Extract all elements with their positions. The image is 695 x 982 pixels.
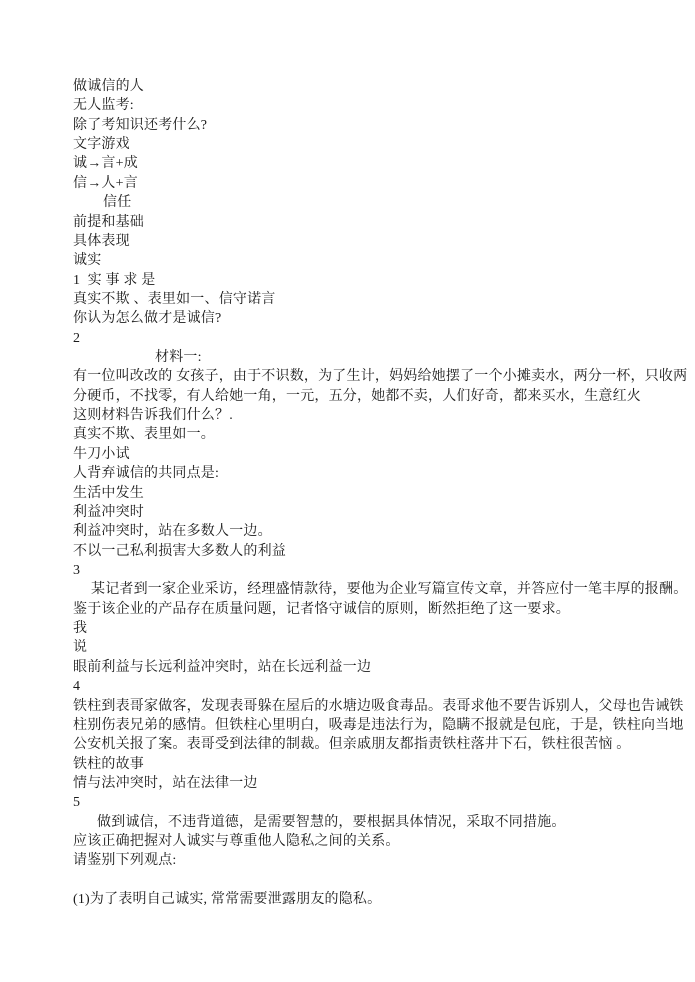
section-number: 2 (73, 329, 673, 348)
text-line: 情与法冲突时，站在法律一边 (73, 774, 673, 793)
text-line: 除了考知识还考什么? (73, 116, 673, 135)
text-line: 公安机关报了案。表哥受到法律的制裁。但亲戚朋友都指责铁柱落井下石，铁柱很苦恼 。 (73, 735, 673, 754)
text-line: 分硬币，不找零，有人给她一角，一元，五分，她都不卖，人们好奇，都来买水，生意红火 (73, 387, 673, 406)
document-page: 做诚信的人 无人监考: 除了考知识还考什么? 文字游戏 诚→言+成 信→人+言 … (0, 0, 695, 982)
text-line: 做到诚信，不违背道德，是需要智慧的，要根据具体情况，采取不同措施。 (73, 813, 673, 832)
text-line: 鉴于该企业的产品存在质量问题，记者恪守诚信的原则，断然拒绝了这一要求。 (73, 600, 673, 619)
text-line: 无人监考: (73, 96, 673, 115)
text-line: 说 (73, 638, 673, 657)
text-line: 柱别伤表兄弟的感情。但铁柱心里明白，吸毒是违法行为，隐瞒不报就是包庇，于是，铁柱… (73, 716, 673, 735)
text-line: 诚→言+成 (73, 154, 673, 173)
text-line: 这则材料告诉我们什么？. (73, 406, 673, 425)
text-line: (1)为了表明自己诚实, 常常需要泄露朋友的隐私。 (73, 890, 673, 909)
section-number: 4 (73, 677, 673, 696)
text-line: 信→人+言 (73, 174, 673, 193)
text-line: 前提和基础 (73, 213, 673, 232)
text-line: 利益冲突时 (73, 503, 673, 522)
text-line: 具体表现 (73, 232, 673, 251)
text-line: 真实不欺、表里如一。 (73, 425, 673, 444)
text-line: 我 (73, 619, 673, 638)
text-line: 诚实 (73, 251, 673, 270)
section-number: 3 (73, 561, 673, 580)
text-line: 材料一: (73, 348, 673, 367)
text-line: 应该正确把握对人诚实与尊重他人隐私之间的关系。 (73, 832, 673, 851)
text-line: 真实不欺 、表里如一、信守诺言 (73, 290, 673, 309)
text-line: 请鉴别下列观点: (73, 851, 673, 870)
page-title: 做诚信的人 (73, 77, 673, 96)
text-line: 某记者到一家企业采访，经理盛情款待，要他为企业写篇宣传文章，并答应付一笔丰厚的报… (73, 580, 673, 599)
blank-line (73, 871, 673, 890)
text-line: 人背弃诚信的共同点是: (73, 464, 673, 483)
text-line: 有一位叫改改的 女孩子，由于不识数，为了生计，妈妈给她摆了一个小摊卖水，两分一杯… (73, 367, 673, 386)
section-number: 5 (73, 793, 673, 812)
text-line: 利益冲突时，站在多数人一边。 (73, 522, 673, 541)
text-line: 文字游戏 (73, 135, 673, 154)
text-line: 牛刀小试 (73, 445, 673, 464)
text-line: 信任 (73, 193, 673, 212)
document-content: 做诚信的人 无人监考: 除了考知识还考什么? 文字游戏 诚→言+成 信→人+言 … (73, 77, 673, 909)
text-line: 1 实 事 求 是 (73, 271, 673, 290)
text-line: 铁柱的故事 (73, 755, 673, 774)
text-line: 铁柱到表哥家做客，发现表哥躲在屋后的水塘边吸食毒品。表哥求他不要告诉别人，父母也… (73, 697, 673, 716)
text-line: 不以一己私利损害大多数人的利益 (73, 542, 673, 561)
text-line: 你认为怎么做才是诚信? (73, 309, 673, 328)
text-line: 生活中发生 (73, 484, 673, 503)
text-line: 眼前利益与长远利益冲突时，站在长远利益一边 (73, 658, 673, 677)
